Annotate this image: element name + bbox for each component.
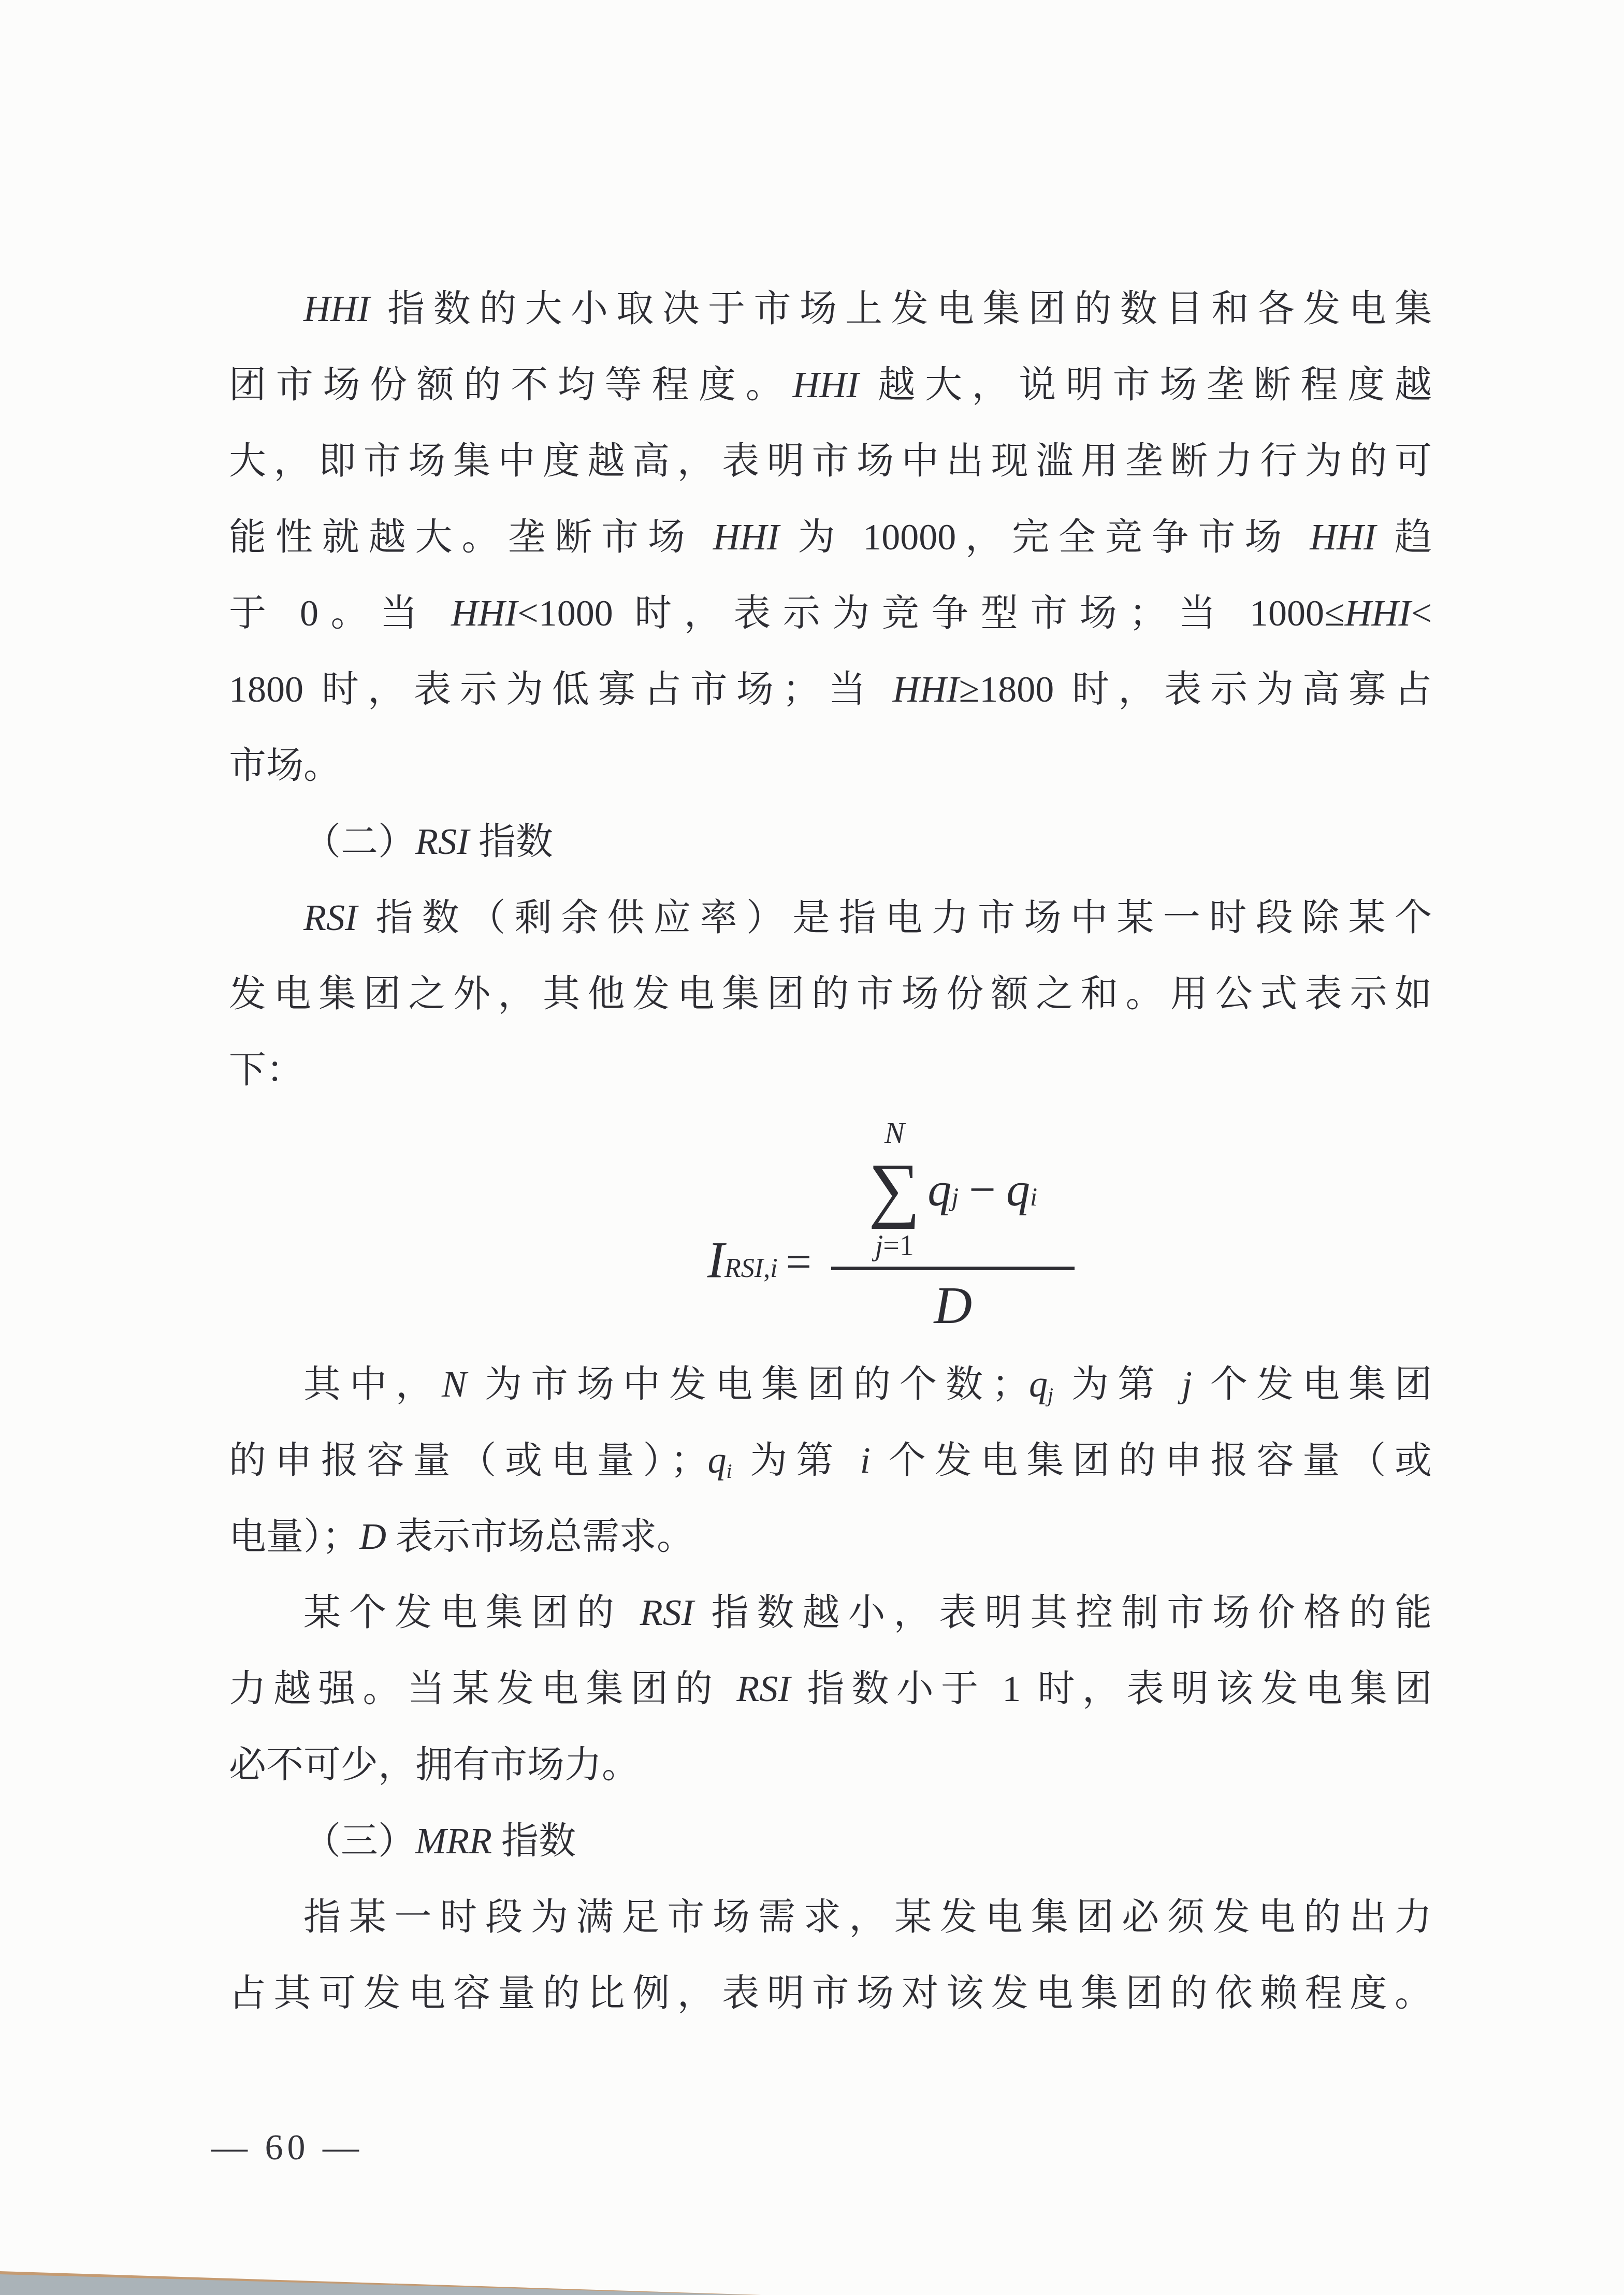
- text-line: 大，即市场集中度越高，表明市场中出现滥用垄断力行为的可: [229, 423, 1432, 499]
- text-line: RSI 指数（剩余供应率）是指电力市场中某一时段除某个: [229, 880, 1432, 956]
- formula-numerator: N ∑ j=1 qj − qi: [868, 1118, 1037, 1260]
- summation: N ∑ j=1: [868, 1118, 920, 1260]
- formula-lhs: IRSI,i =: [707, 1230, 832, 1289]
- minus-sign: −: [969, 1162, 996, 1217]
- page-number: — 60 —: [211, 2127, 363, 2169]
- text-line: 下：: [229, 1032, 1432, 1108]
- text-line: 某个发电集团的 RSI 指数越小，表明其控制市场价格的能: [229, 1575, 1432, 1651]
- text-line: 的申报容量（或电量）；qi 为第 i 个发电集团的申报容量（或: [229, 1422, 1432, 1499]
- text-line: 其中，N 为市场中发电集团的个数；qj 为第 j 个发电集团: [229, 1346, 1432, 1422]
- formula-denominator: D: [934, 1275, 972, 1336]
- text-line: HHI 指数的大小取决于市场上发电集团的数目和各发电集: [229, 271, 1432, 347]
- section-heading-rsi: （二）RSI 指数: [229, 804, 1432, 880]
- text-line: 市场。: [229, 728, 1432, 804]
- text-line: 必不可少，拥有市场力。: [229, 1727, 1432, 1803]
- q-i-term: q: [1006, 1162, 1030, 1217]
- text-line: 1800 时，表示为低寡占市场；当 HHI≥1800 时，表示为高寡占: [229, 651, 1432, 728]
- text-line: 指某一时段为满足市场需求，某发电集团必须发电的出力: [229, 1879, 1432, 1955]
- rsi-formula: IRSI,i = N ∑ j=1 qj − qi D: [289, 1108, 1492, 1346]
- formula-fraction: N ∑ j=1 qj − qi D: [831, 1118, 1075, 1336]
- sum-lower-limit: j=1: [875, 1227, 914, 1260]
- document-page: HHI 指数的大小取决于市场上发电集团的数目和各发电集 团市场份额的不均等程度。…: [0, 0, 1624, 2295]
- numerator-terms: qj − qi: [927, 1162, 1037, 1217]
- text-line: 能性就越大。垄断市场 HHI 为 10000，完全竞争市场 HHI 趋: [229, 499, 1432, 575]
- text-line: 发电集团之外，其他发电集团的市场份额之和。用公式表示如: [229, 956, 1432, 1032]
- scan-edge-shadow: [0, 2274, 751, 2295]
- text-column: HHI 指数的大小取决于市场上发电集团的数目和各发电集 团市场份额的不均等程度。…: [229, 271, 1432, 2031]
- sigma-icon: ∑: [868, 1151, 920, 1227]
- formula-lhs-symbol: I: [707, 1230, 724, 1289]
- text-line: 于 0。当 HHI<1000 时，表示为竞争型市场；当 1000≤HHI<: [229, 575, 1432, 651]
- text-line: 电量）；D 表示市场总需求。: [229, 1499, 1432, 1575]
- sum-upper-limit: N: [885, 1118, 905, 1151]
- text-line: 占其可发电容量的比例，表明市场对该发电集团的依赖程度。: [229, 1955, 1432, 2031]
- q-j-term: q: [927, 1162, 951, 1217]
- text-line: 力越强。当某发电集团的 RSI 指数小于 1 时，表明该发电集团: [229, 1651, 1432, 1727]
- section-heading-mrr: （三）MRR 指数: [229, 1803, 1432, 1879]
- equals-sign: =: [786, 1236, 812, 1288]
- fraction-bar: [831, 1267, 1075, 1270]
- text-line: 团市场份额的不均等程度。HHI 越大，说明市场垄断程度越: [229, 347, 1432, 423]
